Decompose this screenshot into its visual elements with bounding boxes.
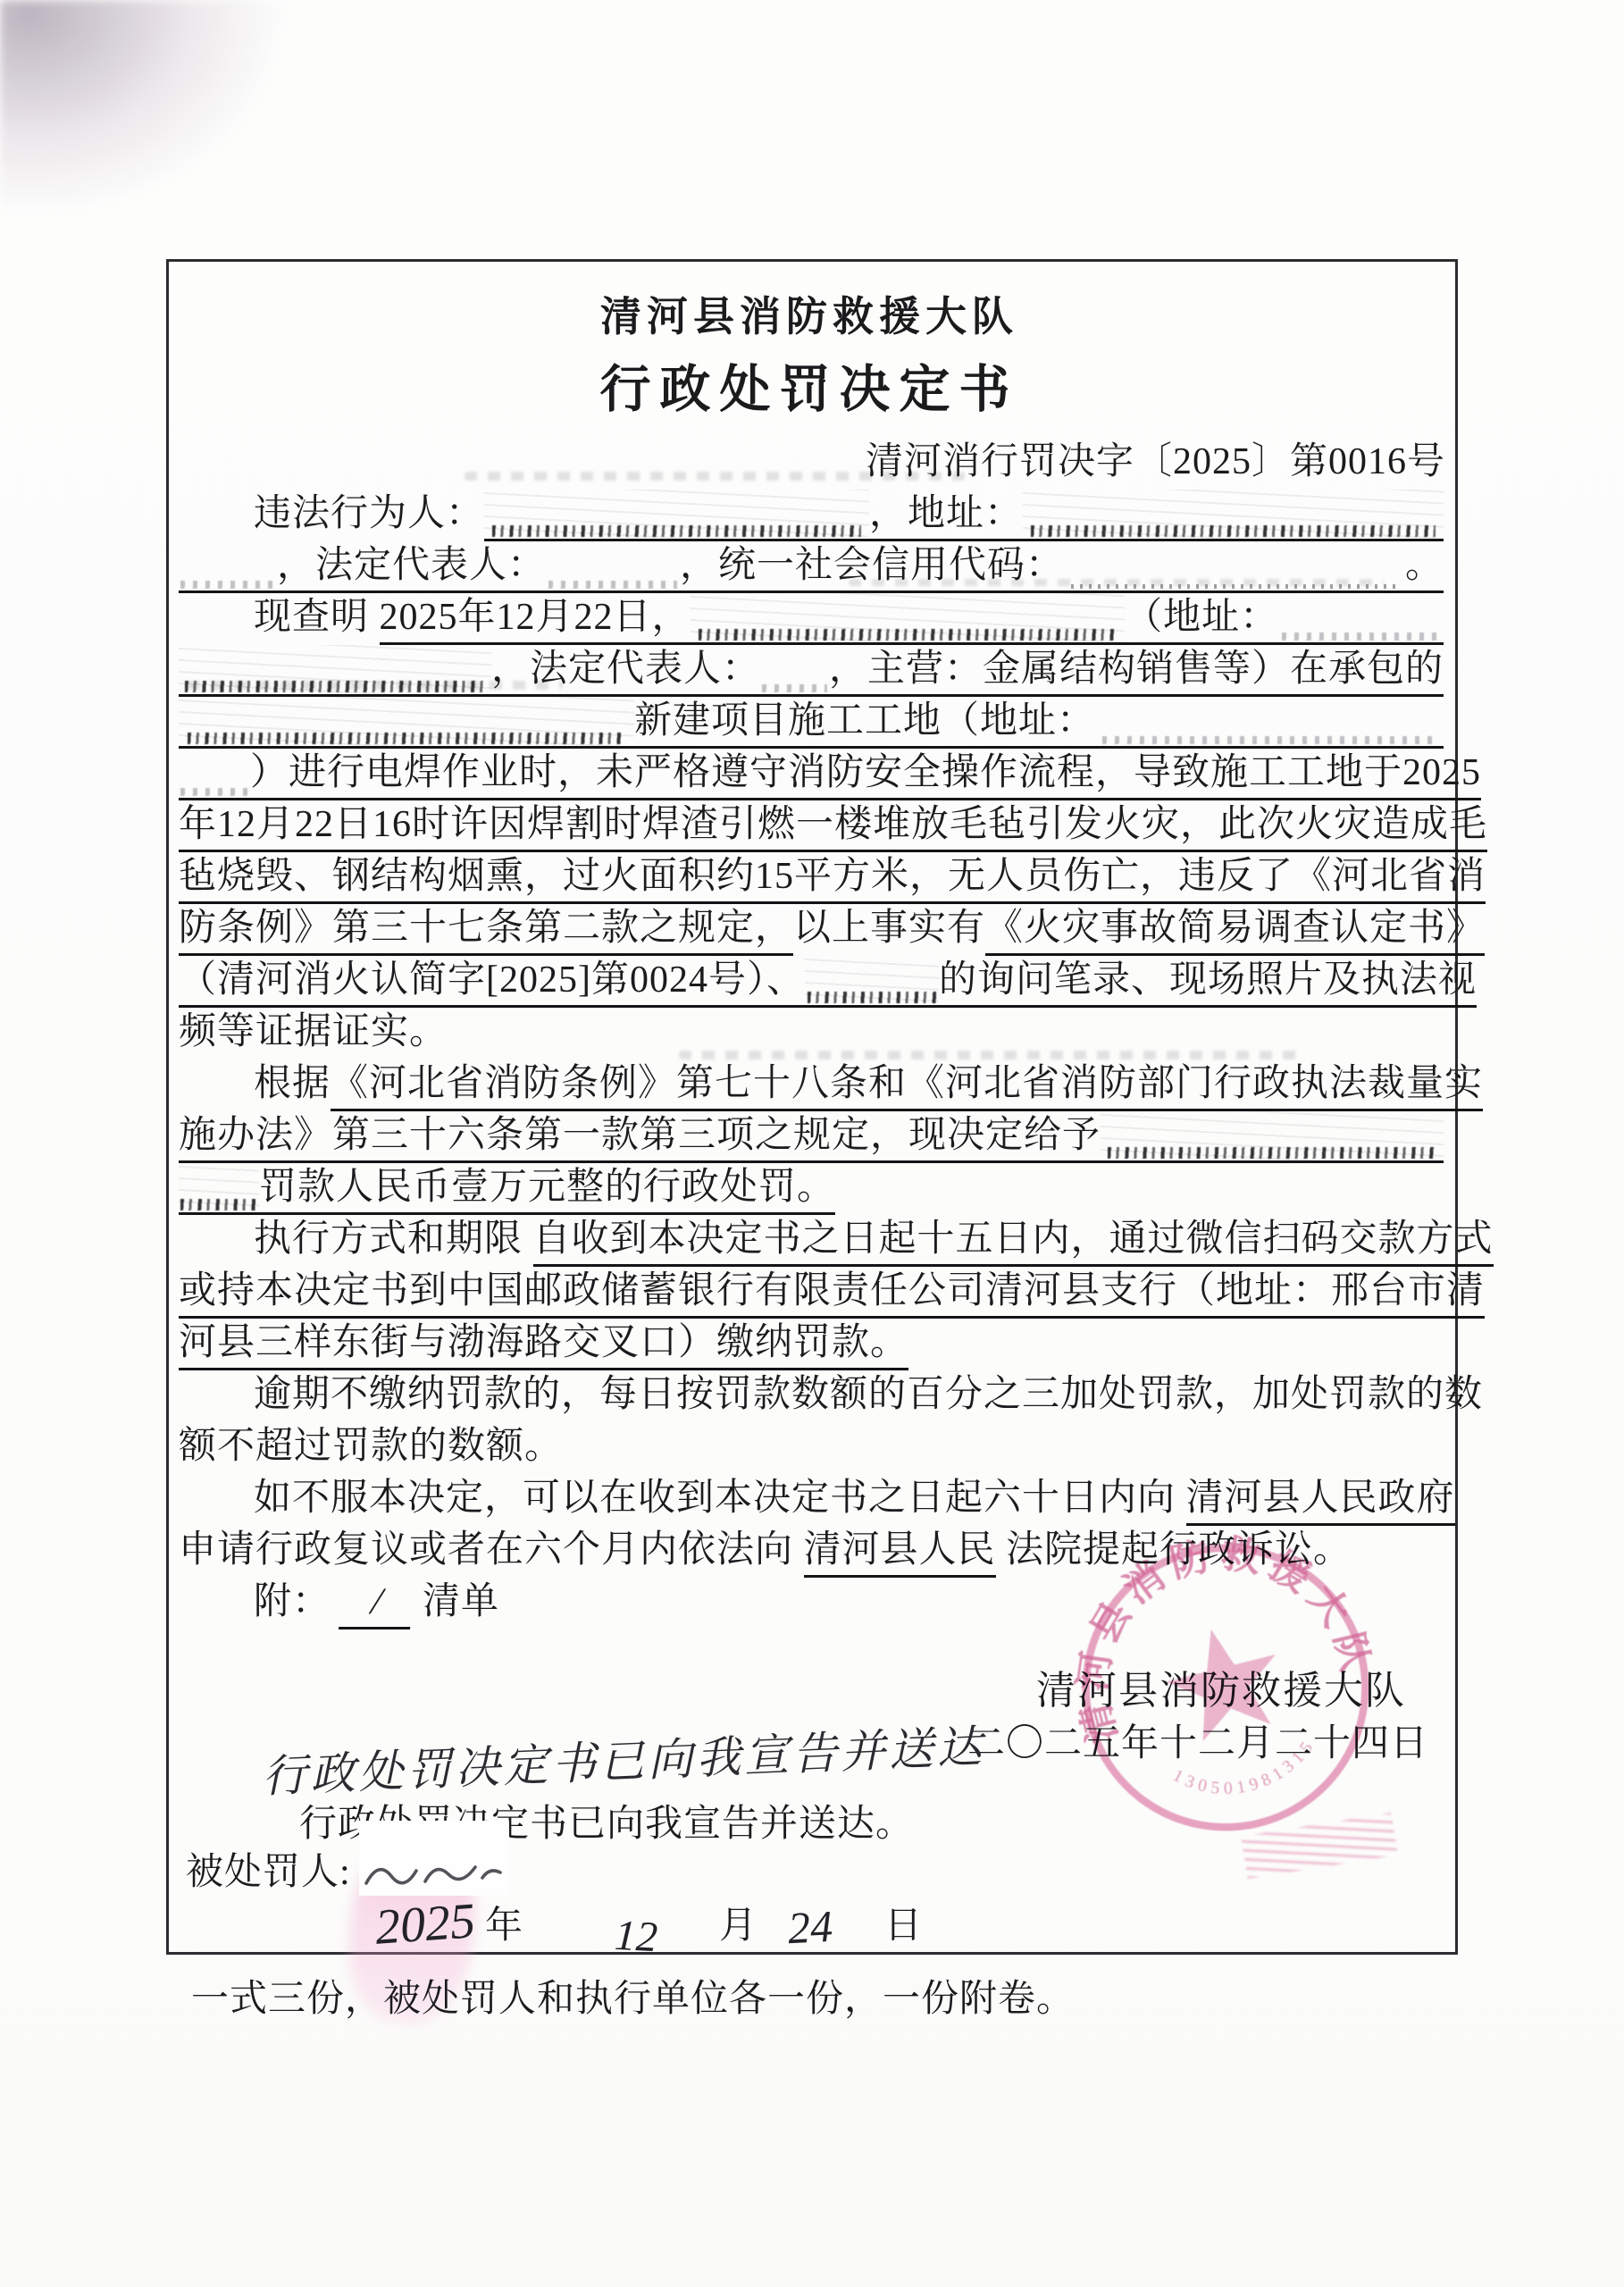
text-segment: 如不服本决定，可以在收到本决定书之日起六十日内向 bbox=[254, 1474, 1186, 1526]
text-segment: 执行方式和期限 bbox=[254, 1215, 533, 1267]
redacted-text bbox=[179, 1163, 259, 1215]
text-segment: 或持本决定书到中国邮政储蓄银行有限责任公司清河县支行（地址：邢台市清 bbox=[179, 1267, 1485, 1319]
body-line: 违法行为人：，地址： bbox=[179, 490, 1444, 541]
body-line: ，法定代表人：，统一社会信用代码：。 bbox=[179, 541, 1444, 593]
text-segment: 频等证据证实。 bbox=[179, 1008, 448, 1060]
redacted-signature bbox=[359, 1821, 509, 1896]
body-line: ）进行电焊作业时，未严格遵守消防安全操作流程，导致施工工地于2025 bbox=[179, 749, 1444, 800]
seal-star-icon bbox=[1156, 1616, 1292, 1747]
body-line: ，法定代表人：，主营：金属结构销售等）在承包的 bbox=[179, 645, 1444, 697]
redacted-text bbox=[1023, 490, 1444, 541]
body-line: 或持本决定书到中国邮政储蓄银行有限责任公司清河县支行（地址：邢台市清 bbox=[179, 1267, 1444, 1319]
redacted-text bbox=[1064, 541, 1405, 593]
body-line: 罚款人民币壹万元整的行政处罚。 bbox=[179, 1163, 1444, 1215]
body-line: （清河消火认简字[2025]第0024号）、的询问笔录、现场照片及执法视 bbox=[179, 956, 1444, 1008]
text-segment: 自收到本决定书之日起十五日内，通过微信扫码交款方式 bbox=[533, 1215, 1494, 1267]
text-segment: 2025年12月22日， bbox=[380, 593, 691, 645]
text-segment: 附： bbox=[254, 1578, 341, 1629]
document-body: 违法行为人：，地址：，法定代表人：，统一社会信用代码：。现查明 2025年12月… bbox=[179, 490, 1444, 1629]
text-segment: 《火灾事故简易调查认定书》 bbox=[985, 904, 1485, 956]
body-line: 执行方式和期限 自收到本决定书之日起十五日内，通过微信扫码交款方式 bbox=[179, 1215, 1444, 1267]
handwritten-year: 2025 bbox=[373, 1892, 477, 1956]
copies-distribution-note: 一式三份，被处罚人和执行单位各一份，一份附卷。 bbox=[191, 1969, 1075, 2023]
body-line: 河县三样东街与渤海路交叉口）缴纳罚款。 bbox=[179, 1319, 1444, 1370]
text-segment: ，主营：金属结构销售等）在承包的 bbox=[829, 645, 1444, 697]
text-segment: ，地址： bbox=[869, 490, 1023, 541]
redacted-text bbox=[179, 541, 277, 593]
body-line: 年12月22日16时许因焊割时焊渣引燃一楼堆放毛毡引发火灾，此次火灾造成毛 bbox=[179, 800, 1444, 852]
redacted-text bbox=[179, 749, 250, 800]
text-segment: （地址： bbox=[1125, 593, 1278, 645]
text-segment: 根据 bbox=[254, 1060, 331, 1111]
redacted-text bbox=[760, 645, 829, 697]
indent bbox=[179, 1060, 254, 1111]
year-label: 年 bbox=[485, 1896, 523, 1949]
text-segment: 年12月22日16时许因焊割时焊渣引燃一楼堆放毛毡引发火灾，此次火灾造成毛 bbox=[179, 800, 1487, 852]
document-number: 清河消行罚决字〔2025〕第0016号 bbox=[166, 431, 1445, 485]
text-segment: 额不超过罚款的数额。 bbox=[179, 1422, 563, 1474]
day-label: 日 bbox=[884, 1896, 922, 1949]
text-segment: （清河消火认简字[2025]第0024号）、 bbox=[179, 956, 805, 1008]
indent bbox=[179, 490, 254, 541]
issuing-authority-heading: 清河县消防救援大队 bbox=[166, 284, 1452, 343]
handwritten-month: 12 bbox=[614, 1911, 659, 1962]
redacted-text bbox=[179, 645, 491, 697]
redacted-text bbox=[179, 697, 634, 749]
redacted-text bbox=[1278, 593, 1444, 645]
redacted-text bbox=[691, 593, 1126, 645]
indent bbox=[179, 1370, 254, 1422]
redacted-text bbox=[546, 541, 680, 593]
text-segment: 清单 bbox=[413, 1578, 500, 1629]
text-segment: ，法定代表人： bbox=[277, 541, 546, 593]
body-line: 根据《河北省消防条例》第七十八条和《河北省消防部门行政执法裁量实 bbox=[179, 1060, 1444, 1111]
text-segment: 施办法》第三十六条第一款第三项之规定，现决定给予 bbox=[179, 1111, 1101, 1163]
text-segment: 违法行为人： bbox=[254, 490, 484, 541]
scanned-penalty-decision-document: 清河县消防救援大队 行政处罚决定书 清河消行罚决字〔2025〕第0016号 违法… bbox=[0, 0, 1624, 2287]
redacted-text bbox=[1095, 697, 1444, 749]
text-segment: 以上事实有 bbox=[793, 904, 985, 956]
indent bbox=[179, 593, 254, 645]
body-line: 毡烧毁、钢结构烟熏，过火面积约15平方米，无人员伤亡，违反了《河北省消 bbox=[179, 852, 1444, 904]
text-segment: 罚款人民币壹万元整的行政处罚。 bbox=[259, 1163, 835, 1215]
text-segment: 逾期不缴纳罚款的，每日按罚款数额的百分之三加处罚款，加处罚款的数 bbox=[254, 1370, 1483, 1422]
body-line: 现查明 2025年12月22日，（地址： bbox=[179, 593, 1444, 645]
text-segment: ，法定代表人： bbox=[491, 645, 760, 697]
handwritten-slash: / bbox=[338, 1578, 414, 1629]
signature-stroke-remnant bbox=[359, 1844, 509, 1896]
text-segment: 的询问笔录、现场照片及执法视 bbox=[939, 956, 1477, 1008]
text-segment: 。 bbox=[1405, 541, 1444, 593]
indent bbox=[179, 1578, 254, 1629]
indent bbox=[179, 1474, 254, 1526]
text-segment: 现查明 bbox=[254, 593, 380, 645]
body-line: 防条例》第三十七条第二款之规定，以上事实有《火灾事故简易调查认定书》 bbox=[179, 904, 1444, 956]
text-segment: 毡烧毁、钢结构烟熏，过火面积约15平方米，无人员伤亡，违反了《河北省消 bbox=[179, 852, 1486, 904]
text-segment: 《河北省消防条例》第七十八条和《河北省消防部门行政执法裁量实 bbox=[331, 1060, 1483, 1111]
indent bbox=[179, 1215, 254, 1267]
text-segment: 清河县人民 bbox=[804, 1526, 996, 1578]
text-segment: 申请行政复议或者在六个月内依法向 bbox=[179, 1526, 804, 1578]
text-segment: 新建项目施工工地（地址： bbox=[634, 697, 1095, 749]
body-line: 逾期不缴纳罚款的，每日按罚款数额的百分之三加处罚款，加处罚款的数 bbox=[179, 1370, 1444, 1422]
punished-party-label: 被处罚人: bbox=[186, 1842, 351, 1896]
redacted-text bbox=[484, 490, 869, 541]
document-title: 行政处罚决定书 bbox=[166, 348, 1452, 422]
body-line: 施办法》第三十六条第一款第三项之规定，现决定给予 bbox=[179, 1111, 1444, 1163]
text-segment: 防条例》第三十七条第二款之规定， bbox=[179, 904, 793, 956]
body-line: 额不超过罚款的数额。 bbox=[179, 1422, 1444, 1474]
body-line: 频等证据证实。 bbox=[179, 1008, 1444, 1060]
body-line: 新建项目施工工地（地址： bbox=[179, 697, 1444, 749]
text-segment: ，统一社会信用代码： bbox=[680, 541, 1064, 593]
text-segment: ）进行电焊作业时，未严格遵守消防安全操作流程，导致施工工地于2025 bbox=[250, 749, 1481, 800]
handwritten-day: 24 bbox=[787, 1900, 834, 1955]
month-label: 月 bbox=[719, 1896, 757, 1949]
text-segment: 河县三样东街与渤海路交叉口）缴纳罚款。 bbox=[179, 1319, 908, 1370]
redacted-text bbox=[805, 956, 939, 1008]
scan-smudge-artifact bbox=[0, 0, 295, 223]
redacted-text bbox=[1101, 1111, 1444, 1163]
